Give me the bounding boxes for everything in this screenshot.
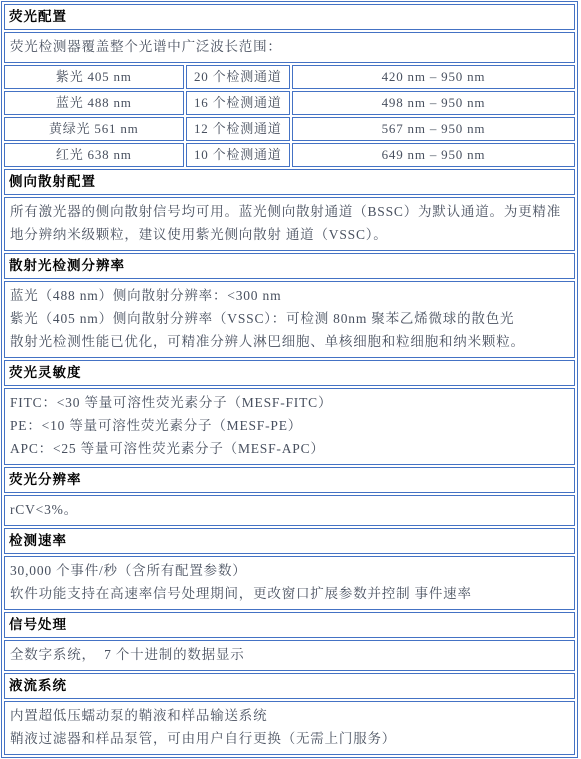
- section-header-fluorescence-sensitivity: 荧光灵敏度: [4, 360, 575, 386]
- section-header-signal-processing: 信号处理: [4, 612, 575, 638]
- scatter-resolution-blue: 蓝光（488 nm）侧向散射分辨率：<300 nm: [10, 284, 568, 307]
- laser-channels-cell: 10 个检测通道: [186, 143, 290, 167]
- table-row: 内置超低压蠕动泵的鞘液和样品输送系统 鞘液过滤器和样品泵管，可由用户自行更换（无…: [4, 701, 575, 755]
- spec-table: 荧光配置 荧光检测器覆盖整个光谱中广泛波长范围： 紫光 405 nm 20 个检…: [1, 1, 578, 758]
- scatter-resolution-cell: 蓝光（488 nm）侧向散射分辨率：<300 nm 紫光（405 nm）侧向散射…: [4, 281, 575, 358]
- section-header-fluorescence-resolution: 荧光分辨率: [4, 467, 575, 493]
- acquisition-rate-line2: 软件功能支持在高速率信号处理期间，更改窗口扩展参数并控制 事件速率: [10, 582, 568, 605]
- fluorescence-intro-text: 荧光检测器覆盖整个光谱中广泛波长范围：: [10, 35, 568, 58]
- fluidics-line1: 内置超低压蠕动泵的鞘液和样品输送系统: [10, 704, 568, 727]
- acquisition-rate-line1: 30,000 个事件/秒（含所有配置参数）: [10, 559, 568, 582]
- laser-range-cell: 498 nm – 950 nm: [292, 91, 575, 115]
- table-row: 荧光分辨率: [4, 467, 575, 493]
- acquisition-rate-cell: 30,000 个事件/秒（含所有配置参数） 软件功能支持在高速率信号处理期间，更…: [4, 556, 575, 610]
- table-row: 荧光检测器覆盖整个光谱中广泛波长范围：: [4, 32, 575, 63]
- table-row: rCV<3%。: [4, 495, 575, 526]
- fluorescence-intro-cell: 荧光检测器覆盖整个光谱中广泛波长范围：: [4, 32, 575, 63]
- laser-range-cell: 567 nm – 950 nm: [292, 117, 575, 141]
- fluidics-line2: 鞘液过滤器和样品泵管，可由用户自行更换（无需上门服务）: [10, 727, 568, 750]
- side-scatter-cell: 所有激光器的侧向散射信号均可用。蓝光侧向散射通道（BSSC）为默认通道。为更精准…: [4, 197, 575, 251]
- fluorescence-resolution-cell: rCV<3%。: [4, 495, 575, 526]
- table-row: 所有激光器的侧向散射信号均可用。蓝光侧向散射通道（BSSC）为默认通道。为更精准…: [4, 197, 575, 251]
- fluidics-cell: 内置超低压蠕动泵的鞘液和样品输送系统 鞘液过滤器和样品泵管，可由用户自行更换（无…: [4, 701, 575, 755]
- table-row: 荧光灵敏度: [4, 360, 575, 386]
- signal-processing-cell: 全数字系统， 7 个十进制的数据显示: [4, 640, 575, 671]
- table-row: 检测速率: [4, 528, 575, 554]
- laser-name-cell: 黄绿光 561 nm: [4, 117, 184, 141]
- laser-channels-cell: 16 个检测通道: [186, 91, 290, 115]
- scatter-resolution-optimized: 散射光检测性能已优化，可精准分辨人淋巴细胞、单核细胞和粒细胞和纳米颗粒。: [10, 330, 568, 353]
- laser-range-cell: 420 nm – 950 nm: [292, 65, 575, 89]
- table-row: 散射光检测分辨率: [4, 253, 575, 279]
- laser-row: 蓝光 488 nm 16 个检测通道 498 nm – 950 nm: [4, 91, 575, 115]
- table-row: 蓝光（488 nm）侧向散射分辨率：<300 nm 紫光（405 nm）侧向散射…: [4, 281, 575, 358]
- laser-row: 紫光 405 nm 20 个检测通道 420 nm – 950 nm: [4, 65, 575, 89]
- section-header-fluorescence-config: 荧光配置: [4, 4, 575, 30]
- table-row: 液流系统: [4, 673, 575, 699]
- section-header-side-scatter-config: 侧向散射配置: [4, 169, 575, 195]
- sensitivity-pe: PE：<10 等量可溶性荧光素分子（MESF-PE）: [10, 414, 568, 437]
- laser-name-cell: 蓝光 488 nm: [4, 91, 184, 115]
- section-header-fluidics-system: 液流系统: [4, 673, 575, 699]
- signal-processing-line1: 全数字系统， 7 个十进制的数据显示: [10, 643, 568, 666]
- section-header-scatter-resolution: 散射光检测分辨率: [4, 253, 575, 279]
- sensitivity-fitc: FITC：<30 等量可溶性荧光素分子（MESF-FITC）: [10, 391, 568, 414]
- section-header-acquisition-rate: 检测速率: [4, 528, 575, 554]
- scatter-resolution-violet: 紫光（405 nm）侧向散射分辨率（VSSC）：可检测 80nm 聚苯乙烯微球的…: [10, 307, 568, 330]
- laser-channels-cell: 12 个检测通道: [186, 117, 290, 141]
- laser-channels-cell: 20 个检测通道: [186, 65, 290, 89]
- sensitivity-apc: APC：<25 等量可溶性荧光素分子（MESF-APC）: [10, 437, 568, 460]
- sensitivity-cell: FITC：<30 等量可溶性荧光素分子（MESF-FITC） PE：<10 等量…: [4, 388, 575, 465]
- table-row: 荧光配置: [4, 4, 575, 30]
- laser-name-cell: 红光 638 nm: [4, 143, 184, 167]
- fluorescence-resolution-rcv: rCV<3%。: [10, 498, 568, 521]
- table-row: 全数字系统， 7 个十进制的数据显示: [4, 640, 575, 671]
- side-scatter-text: 所有激光器的侧向散射信号均可用。蓝光侧向散射通道（BSSC）为默认通道。为更精准…: [10, 200, 568, 246]
- table-row: 侧向散射配置: [4, 169, 575, 195]
- laser-row: 红光 638 nm 10 个检测通道 649 nm – 950 nm: [4, 143, 575, 167]
- laser-range-cell: 649 nm – 950 nm: [292, 143, 575, 167]
- table-row: 信号处理: [4, 612, 575, 638]
- laser-row: 黄绿光 561 nm 12 个检测通道 567 nm – 950 nm: [4, 117, 575, 141]
- laser-name-cell: 紫光 405 nm: [4, 65, 184, 89]
- table-row: 30,000 个事件/秒（含所有配置参数） 软件功能支持在高速率信号处理期间，更…: [4, 556, 575, 610]
- table-row: FITC：<30 等量可溶性荧光素分子（MESF-FITC） PE：<10 等量…: [4, 388, 575, 465]
